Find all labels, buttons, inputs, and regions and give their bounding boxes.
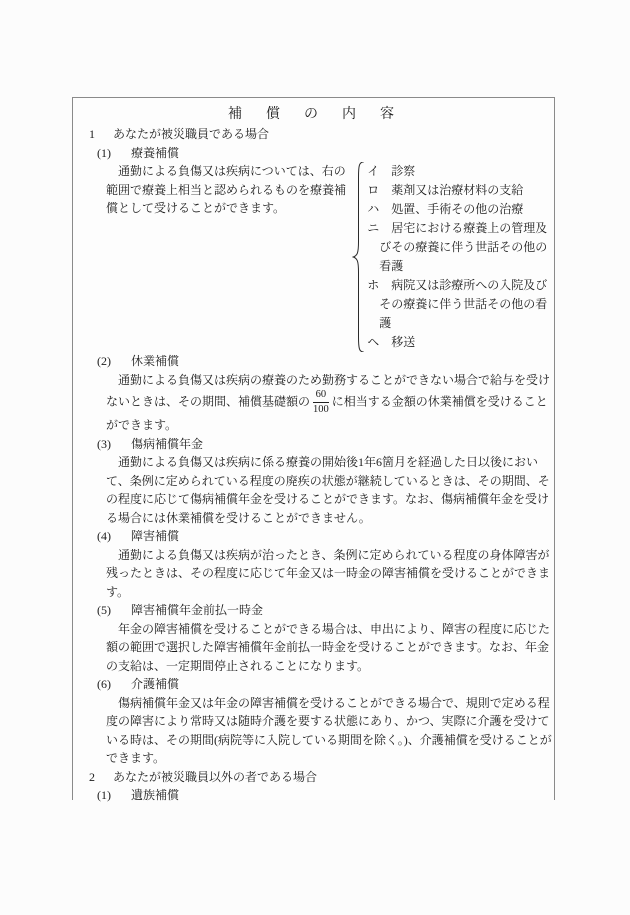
- item-1-5-description: 年金の障害補償を受けることができる場合は、申出により、障害の程度に応じた額の範囲…: [106, 620, 552, 676]
- item-1-6-title: 介護補償: [131, 677, 179, 691]
- list-marker: ヘ: [367, 335, 379, 349]
- item-2-1-heading: (1)遺族補償: [97, 786, 554, 805]
- item-1-2-heading: (2)休業補償: [97, 352, 554, 371]
- section-1-heading-text: あなたが被災職員である場合: [113, 127, 269, 141]
- item-1-3-title: 傷病補償年金: [131, 437, 203, 451]
- list-marker: ロ: [367, 183, 379, 197]
- list-item-text: 薬剤又は治療材料の支給: [391, 183, 523, 197]
- list-item: ヘ移送: [367, 333, 554, 352]
- item-1-4-heading: (4)障害補償: [97, 527, 554, 546]
- item-1-6-label: (6): [97, 675, 131, 694]
- fraction-60-100: 60100: [313, 389, 329, 416]
- item-2-1-label: (1): [97, 786, 131, 805]
- item-1-5-heading: (5)障害補償年金前払一時金: [97, 601, 554, 620]
- list-marker: ハ: [367, 202, 379, 216]
- item-1-1-heading: (1)療養補償: [97, 144, 554, 163]
- item-1-3-label: (3): [97, 435, 131, 454]
- item-1-1-title: 療養補償: [131, 146, 179, 160]
- item-1-2-label: (2): [97, 352, 131, 371]
- item-1-2-title: 休業補償: [131, 354, 179, 368]
- item-1-4-description: 通勤による負傷又は疾病が治ったとき、条例に定められている程度の身体障害が残ったと…: [106, 546, 552, 602]
- item-1-3-description: 通勤による負傷又は疾病に係る療養の開始後1年6箇月を経過した日以後において、条例…: [106, 453, 552, 527]
- item-1-4-label: (4): [97, 527, 131, 546]
- section-2-heading-text: あなたが被災職員以外の者である場合: [113, 770, 317, 784]
- list-item: ハ処置、手術その他の治療: [367, 200, 554, 219]
- item-1-5-label: (5): [97, 601, 131, 620]
- left-brace-icon: [352, 162, 365, 352]
- item-1-5-title: 障害補償年金前払一時金: [131, 603, 263, 617]
- list-item: ニ居宅における療養上の管理及びその療養に伴う世話その他の看護: [367, 219, 554, 276]
- list-item: ホ病院又は診療所への入院及びその療養に伴う世話その他の看護: [367, 276, 554, 333]
- item-2-1-title: 遺族補償: [131, 788, 179, 802]
- fraction-numerator: 60: [313, 389, 329, 403]
- item-1-1-description: 通勤による負傷又は疾病については、右の範囲で療養上相当と認められるものを療養補償…: [106, 162, 351, 218]
- list-item-text: 居宅における療養上の管理及びその療養に伴う世話その他の看護: [379, 221, 547, 273]
- item-1-6-heading: (6)介護補償: [97, 675, 554, 694]
- list-item: ロ薬剤又は治療材料の支給: [367, 181, 554, 200]
- item-1-1-label: (1): [97, 144, 131, 163]
- treatment-scope-list: イ診察 ロ薬剤又は治療材料の支給 ハ処置、手術その他の治療 ニ居宅における療養上…: [367, 162, 554, 352]
- list-item: イ診察: [367, 162, 554, 181]
- list-item-text: 処置、手術その他の治療: [391, 202, 523, 216]
- item-1-4-title: 障害補償: [131, 529, 179, 543]
- page-title: 補 償 の 内 容: [73, 105, 554, 125]
- list-item-text: 病院又は診療所への入院及びその療養に伴う世話その他の看護: [379, 278, 547, 330]
- list-marker: ホ: [367, 278, 379, 292]
- section-1-number: 1: [89, 125, 113, 144]
- item-1-1-body: 通勤による負傷又は疾病については、右の範囲で療養上相当と認められるものを療養補償…: [106, 162, 554, 352]
- section-2-number: 2: [89, 768, 113, 787]
- item-1-3-heading: (3)傷病補償年金: [97, 435, 554, 454]
- list-item-text: 移送: [391, 335, 415, 349]
- section-1-heading: 1あなたが被災職員である場合: [89, 125, 554, 144]
- fraction-denominator: 100: [313, 403, 329, 416]
- list-item-text: 診察: [391, 164, 415, 178]
- item-1-2-description: 通勤による負傷又は疾病の療養のため勤務することができない場合で給与を受けないとき…: [106, 371, 552, 435]
- list-marker: イ: [367, 164, 379, 178]
- item-1-6-description: 傷病補償年金又は年金の障害補償を受けることができる場合で、規則で定める程度の障害…: [106, 694, 552, 768]
- compensation-document-box: 補 償 の 内 容 1あなたが被災職員である場合 (1)療養補償 通勤による負傷…: [72, 97, 555, 800]
- list-marker: ニ: [367, 221, 379, 235]
- section-2-heading: 2あなたが被災職員以外の者である場合: [89, 768, 554, 787]
